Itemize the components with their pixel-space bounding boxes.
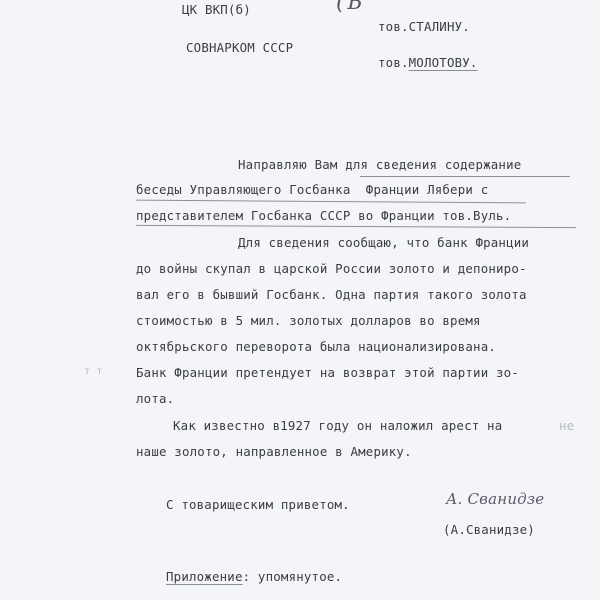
pen-underline <box>360 176 570 177</box>
body-line: Направляю Вам для сведения содержание <box>238 157 521 172</box>
body-line: до войны скупал в царской России золото … <box>136 261 527 276</box>
addressee-prefix: тов. <box>378 55 409 70</box>
body-line: Банк Франции претендует на возврат этой … <box>136 365 519 380</box>
pen-underline <box>136 200 526 204</box>
attachment-label: Приложение <box>166 569 243 584</box>
struck-fragment: не <box>559 418 574 433</box>
addressee-molotov: тов.МОЛОТОВУ. <box>378 55 478 70</box>
typed-signature: (А.Сванидзе) <box>443 522 535 537</box>
attachment-note: Приложение: упомянутое. <box>166 569 342 584</box>
body-line: Для сведения сообщаю, что банк Франции <box>238 235 529 250</box>
recipient-org-government: СОВНАРКОМ СССР <box>186 40 293 55</box>
handwritten-mark: (Ъ <box>336 0 362 15</box>
addressee-prefix: тов. <box>378 19 409 34</box>
addressee-stalin: тов.СТАЛИНУ. <box>378 19 470 34</box>
pen-underline <box>136 225 576 229</box>
addressee-name: МОЛОТОВУ. <box>409 55 478 70</box>
recipient-org-party: ЦК ВКП(б) <box>182 2 251 17</box>
body-line: представителем Госбанка СССР во Франции … <box>136 208 511 223</box>
addressee-name: СТАЛИНУ. <box>409 19 470 34</box>
body-line: Как известно в1927 году он наложил арест… <box>173 418 502 433</box>
closing-greeting: С товарищеским приветом. <box>166 497 350 512</box>
body-line: октябрьского переворота была национализи… <box>136 339 496 354</box>
body-line: стоимостью в 5 мил. золотых долларов во … <box>136 313 481 328</box>
body-line: лота. <box>136 391 174 406</box>
attachment-text: : упомянутое. <box>243 569 343 584</box>
handwritten-signature: А. Сванидзе <box>446 490 544 508</box>
body-line: наше золото, направленное в Америку. <box>136 444 412 459</box>
body-line: вал его в бывший Госбанк. Одна партия та… <box>136 287 527 302</box>
margin-mark: т т <box>84 366 103 377</box>
body-line: беседы Управляющего Госбанка Франции Ляб… <box>136 182 488 197</box>
